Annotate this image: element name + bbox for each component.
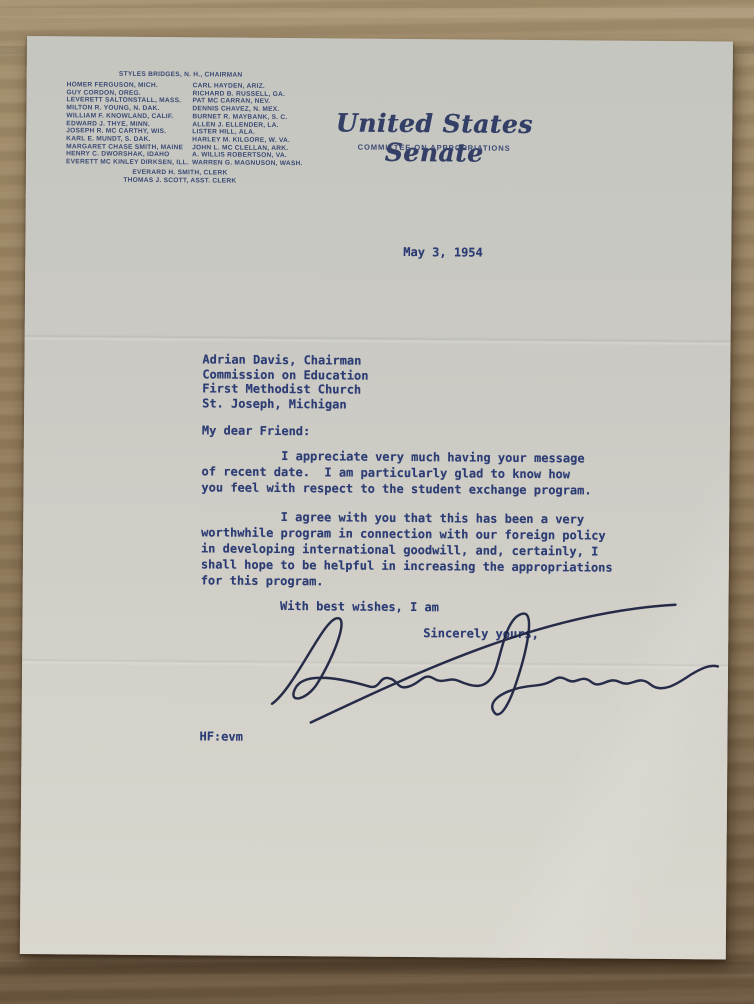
- letterhead-chairman: STYLES BRIDGES, N. H., CHAIRMAN: [65, 70, 297, 80]
- letterhead-members-left: HOMER FERGUSON, MICH. GUY CORDON, OREG. …: [66, 81, 190, 167]
- cardboard-stripe: [0, 962, 754, 974]
- salutation: My dear Friend:: [202, 422, 310, 439]
- letterhead-members-right: CARL HAYDEN, ARIZ. RICHARD B. RUSSELL, G…: [192, 82, 303, 168]
- committee-name: COMMITTEE ON APPROPRIATIONS: [314, 142, 554, 153]
- closing-line: With best wishes, I am: [200, 597, 439, 615]
- valediction: Sincerely yours,: [423, 625, 539, 642]
- typist-initials: HF:evm: [199, 728, 242, 744]
- signature-ink: [258, 594, 729, 738]
- paragraph-2: I agree with you that this has been a ve…: [201, 508, 613, 591]
- senate-title: United States Senate: [304, 108, 564, 168]
- cardboard-stripe: [0, 8, 754, 18]
- letterhead-clerks: EVERARD H. SMITH, CLERK THOMAS J. SCOTT,…: [64, 168, 296, 186]
- letter-paper: STYLES BRIDGES, N. H., CHAIRMAN HOMER FE…: [20, 36, 733, 960]
- date-line: May 3, 1954: [403, 244, 483, 261]
- recipient-address: Adrian Davis, Chairman Commission on Edu…: [202, 352, 369, 412]
- paragraph-1: I appreciate very much having your messa…: [201, 447, 592, 498]
